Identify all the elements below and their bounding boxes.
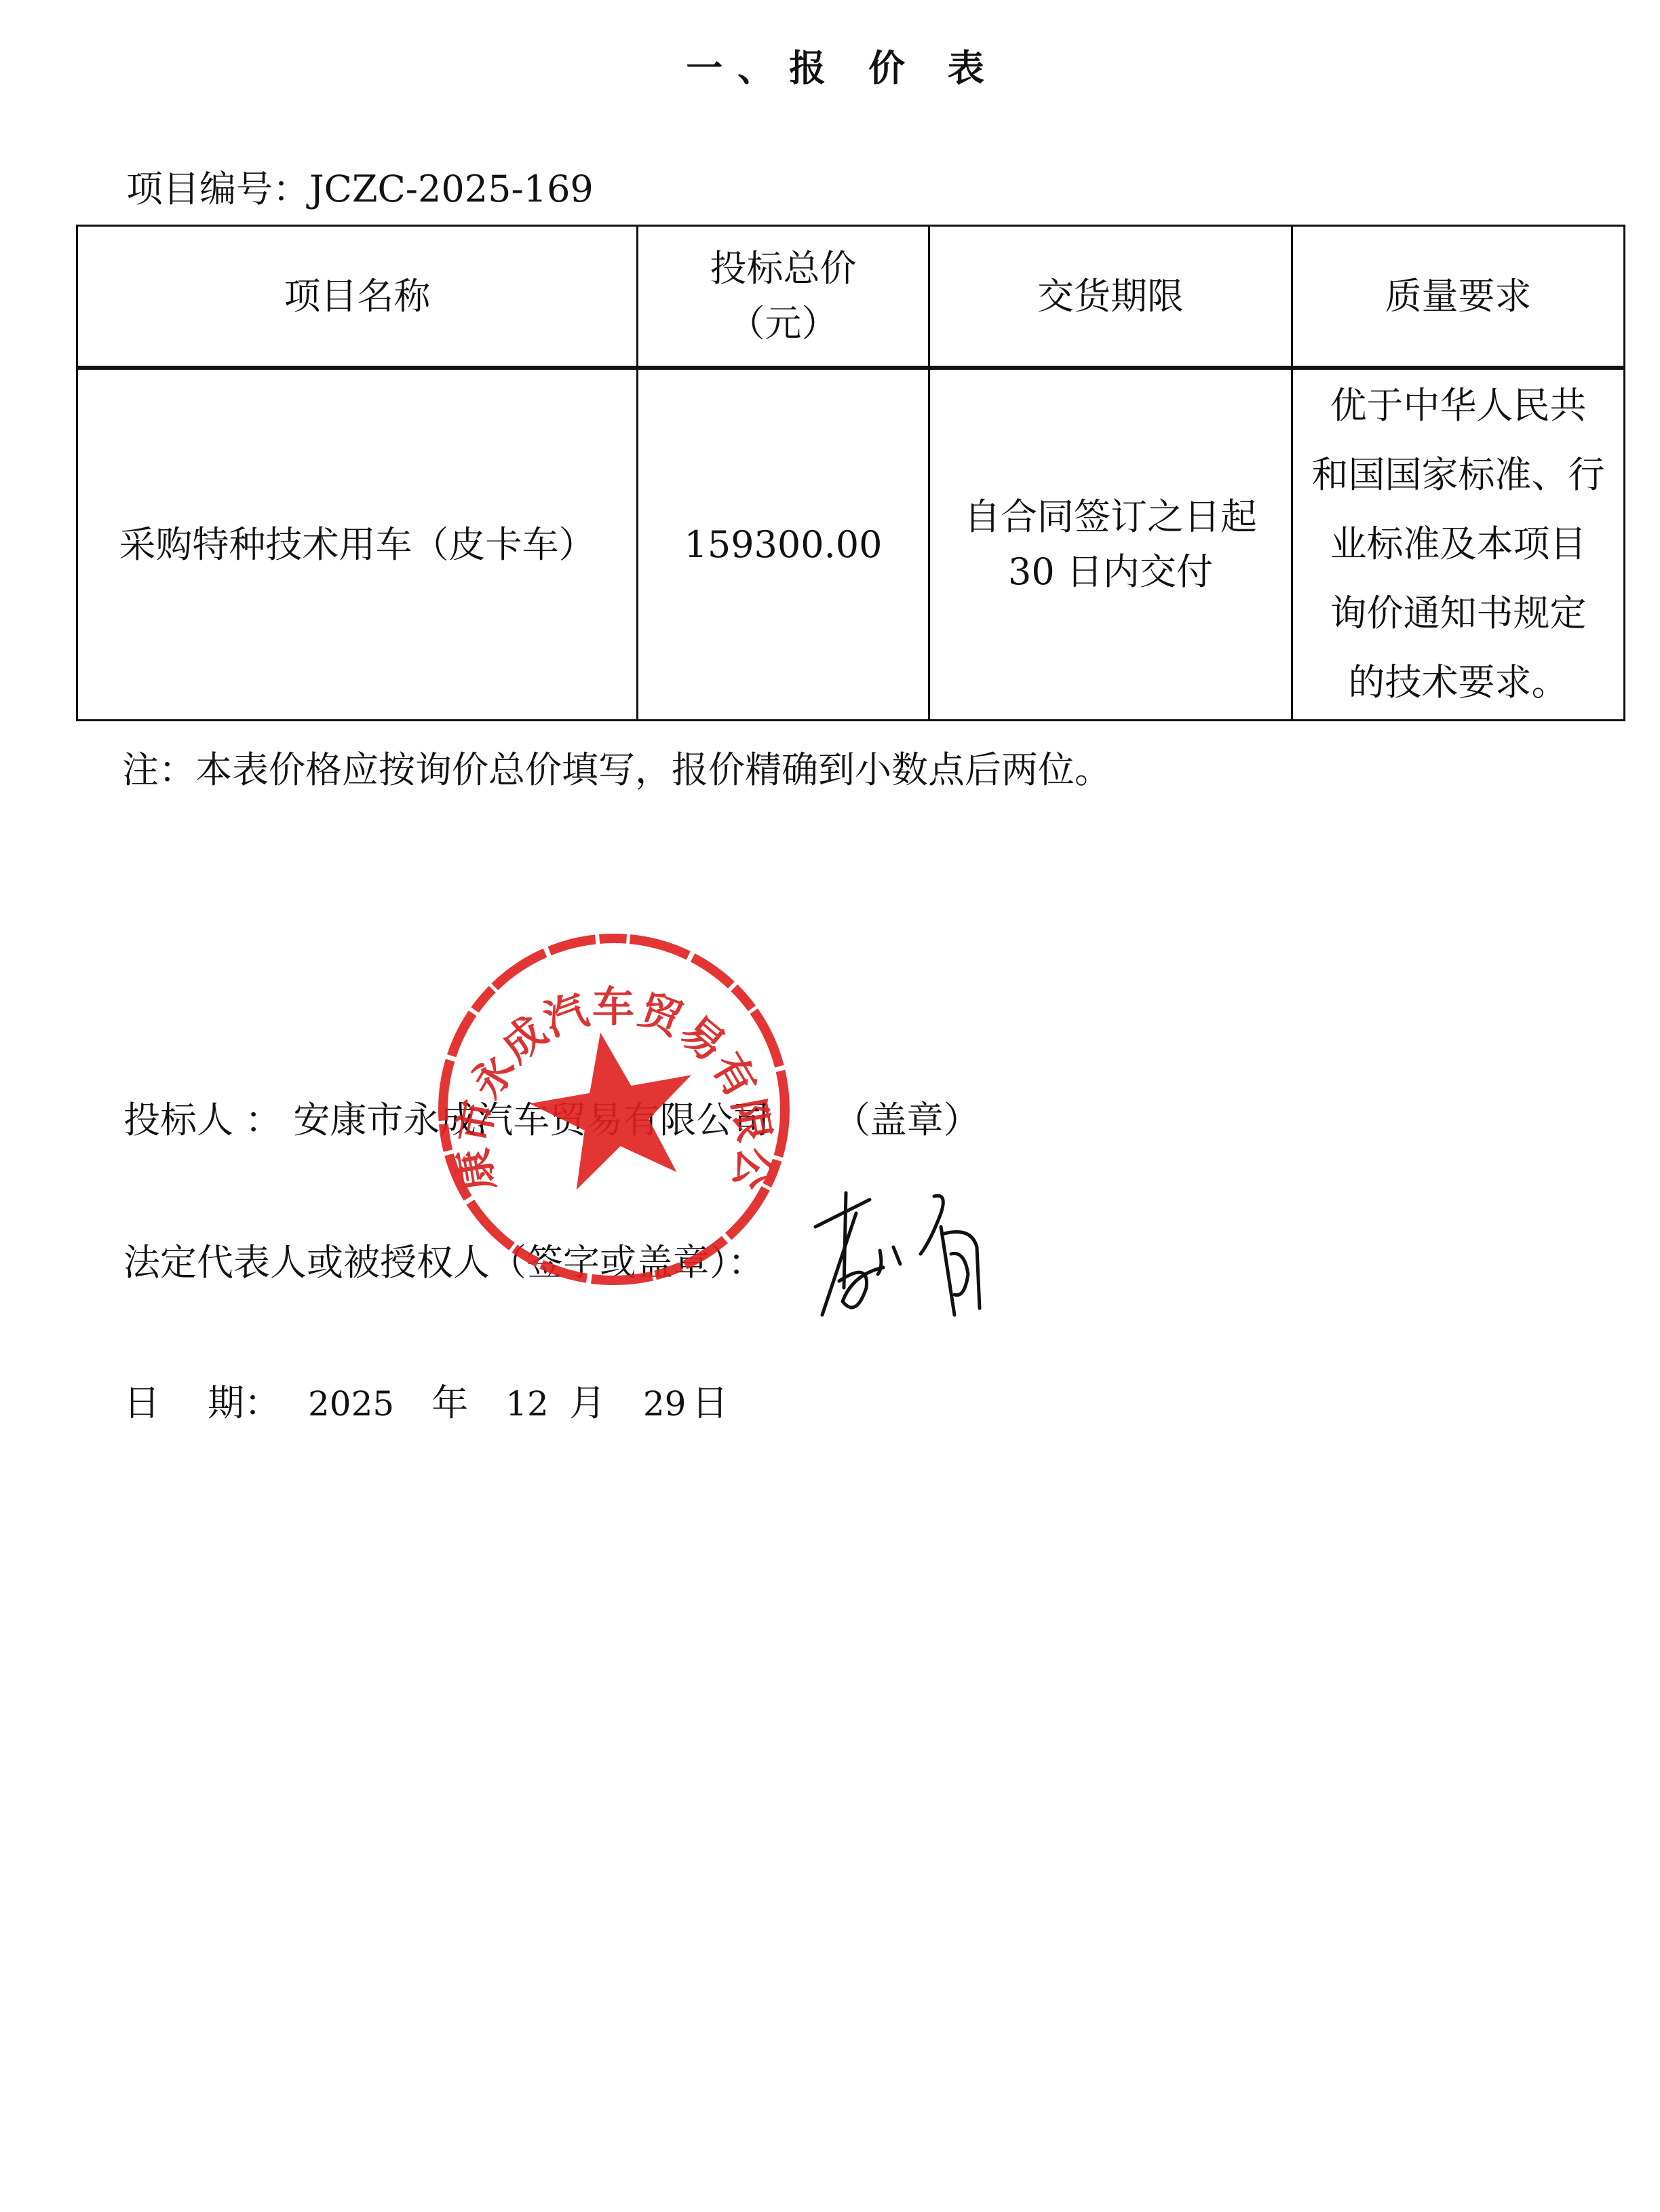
- page-title: 一、报 价 表: [0, 39, 1660, 92]
- header-delivery-period: 交货期限: [929, 226, 1292, 368]
- quality-line: 优于中华人民共: [1293, 371, 1623, 440]
- quality-line: 询价通知书规定: [1293, 579, 1623, 648]
- table-row: 采购特种技术用车（皮卡车） 159300.00 自合同签订之日起 30 日内交付…: [77, 368, 1625, 721]
- cell-total-price: 159300.00: [638, 368, 929, 721]
- seal-hint: （盖章）: [834, 1099, 980, 1141]
- company-seal-icon: 安康市永成汽车贸易有限公司: [434, 930, 794, 1289]
- project-number-value: JCZC-2025-169: [309, 168, 594, 210]
- quality-line: 的技术要求。: [1293, 648, 1623, 717]
- table-note: 注：本表价格应按询价总价填写，报价精确到小数点后两位。: [122, 741, 1111, 793]
- header-total-price-unit: （元）: [638, 296, 928, 351]
- project-number: 项目编号：JCZC-2025-169: [126, 160, 594, 212]
- date-year-unit: 年: [431, 1374, 468, 1426]
- quote-table: 项目名称 投标总价 （元） 交货期限 质量要求 采购特种技术用车（皮卡车） 15…: [76, 225, 1625, 721]
- date-line: 日期：2025年12月29日: [123, 1374, 729, 1426]
- quality-line: 和国国家标准、行: [1293, 440, 1623, 510]
- date-day-unit: 日: [692, 1374, 729, 1426]
- delivery-line-2: 30 日内交付: [930, 544, 1291, 599]
- delivery-line-1: 自合同签订之日起: [930, 489, 1291, 544]
- project-number-label: 项目编号：: [126, 168, 309, 210]
- date-month: 12: [505, 1384, 549, 1424]
- cell-quality-requirement: 优于中华人民共 和国国家标准、行 业标准及本项目 询价通知书规定 的技术要求。: [1292, 368, 1625, 721]
- table-header-row: 项目名称 投标总价 （元） 交货期限 质量要求: [77, 226, 1625, 368]
- date-year: 2025: [308, 1384, 394, 1424]
- date-month-unit: 月: [569, 1374, 606, 1426]
- header-project-name: 项目名称: [77, 226, 638, 368]
- header-total-price: 投标总价 （元）: [638, 226, 929, 368]
- date-label-day: 日: [123, 1374, 160, 1426]
- header-total-price-line1: 投标总价: [638, 241, 928, 296]
- date-day: 29: [643, 1384, 687, 1424]
- cell-project-name: 采购特种技术用车（皮卡车）: [77, 368, 638, 721]
- header-quality-requirement: 质量要求: [1292, 226, 1625, 368]
- bidder-label: 投标人 ：: [123, 1099, 282, 1141]
- cell-delivery-period: 自合同签订之日起 30 日内交付: [929, 368, 1292, 721]
- date-label-period: 期：: [208, 1374, 281, 1426]
- signature-icon: [802, 1186, 999, 1322]
- quality-line: 业标准及本项目: [1293, 510, 1623, 579]
